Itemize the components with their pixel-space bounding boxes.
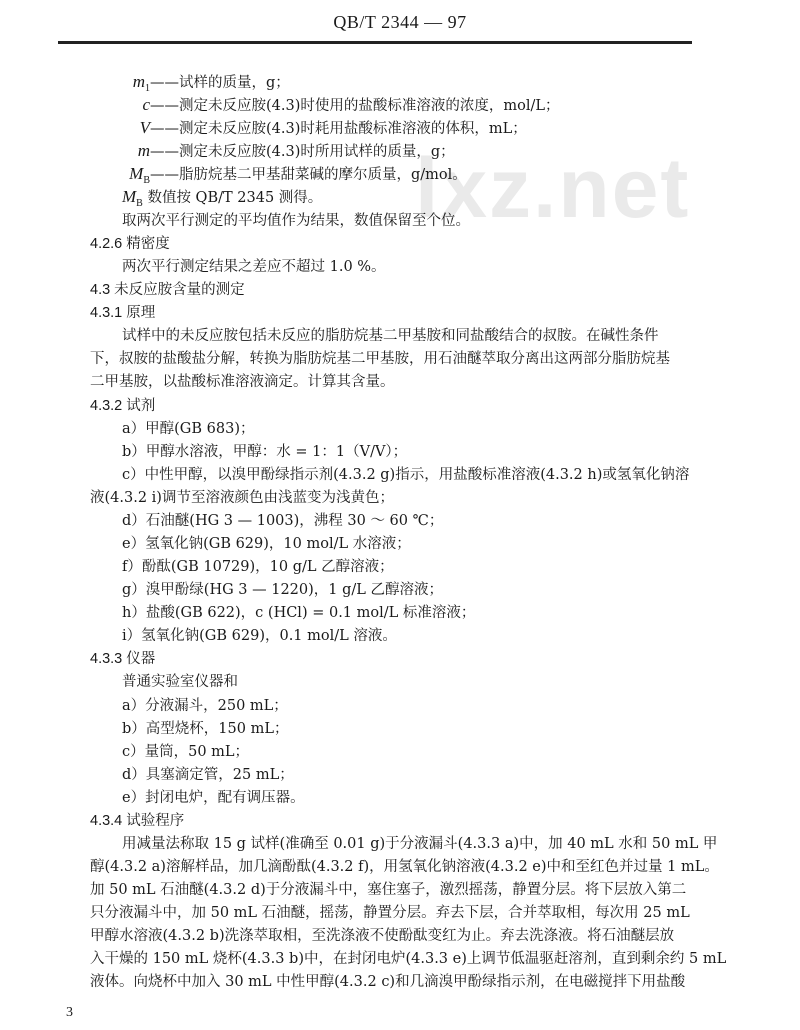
apparatus-item: c）量筒，50 mL；: [122, 742, 249, 762]
apparatus-item: b）高型烧杯，150 mL；: [122, 719, 288, 739]
reagent-item: h）盐酸(GB 622)，c (HCl) = 0.1 mol/L 标准溶液；: [122, 603, 475, 623]
procedure-line: 液体。向烧杯中加入 30 mL 中性甲醇(4.3.2 c)和几滴溴甲酚绿指示剂，…: [90, 972, 685, 992]
reagent-item: f）酚酞(GB 10729)，10 g/L 乙醇溶液；: [122, 557, 394, 577]
apparatus-item: d）具塞滴定管，25 mL；: [122, 765, 294, 785]
section-4-3-3-heading: 4.3.3 仪器: [90, 649, 155, 669]
standard-code-header: QB/T 2344 — 97: [0, 12, 800, 33]
paragraph-line: 试样中的未反应胺包括未反应的脂肪烷基二甲基胺和同盐酸结合的叔胺。在碱性条件: [122, 326, 659, 346]
apparatus-intro: 普通实验室仪器和: [122, 672, 238, 692]
procedure-line: 只分液漏斗中，加 50 mL 石油醚，摇荡，静置分层。弃去下层，合并萃取相，每次…: [90, 903, 690, 923]
reagent-item: g）溴甲酚绿(HG 3 — 1220)，1 g/L 乙醇溶液；: [122, 580, 443, 600]
paragraph-line: 二甲基胺，以盐酸标准溶液滴定。计算其含量。: [90, 372, 395, 392]
mb-note: MB 数值按 QB/T 2345 测得。: [122, 187, 322, 214]
result-note: 取两次平行测定的平均值作为结果，数值保留至个位。: [122, 211, 470, 231]
paragraph-line: 下，叔胺的盐酸盐分解，转换为脂肪烷基二甲基胺，用石油醚萃取分离出这两部分脂肪烷基: [90, 349, 670, 369]
definition-v: V——测定未反应胺(4.3)时耗用盐酸标准溶液的体积，mL；: [128, 118, 527, 139]
section-4-3-heading: 4.3 未反应胺含量的测定: [90, 280, 245, 300]
section-4-2-6-heading: 4.2.6 精密度: [90, 234, 170, 254]
definition-c: c——测定未反应胺(4.3)时使用的盐酸标准溶液的浓度，mol/L；: [128, 95, 560, 116]
definition-m: m——测定未反应胺(4.3)时所用试样的质量，g；: [128, 141, 455, 162]
procedure-line: 醇(4.3.2 a)溶解样品，加几滴酚酞(4.3.2 f)，用氢氧化钠溶液(4.…: [90, 857, 719, 877]
section-4-3-2-heading: 4.3.2 试剂: [90, 396, 155, 416]
section-4-3-1-heading: 4.3.1 原理: [90, 303, 155, 323]
section-4-3-4-heading: 4.3.4 试验程序: [90, 811, 184, 831]
reagent-item: 液(4.3.2 i)调节至溶液颜色由浅蓝变为浅黄色；: [90, 488, 394, 508]
reagent-item: e）氢氧化钠(GB 629)，10 mol/L 水溶液；: [122, 534, 411, 554]
procedure-line: 用减量法称取 15 g 试样(准确至 0.01 g)于分液漏斗(4.3.3 a)…: [122, 834, 717, 854]
page-number: 3: [66, 1005, 73, 1021]
reagent-item: a）甲醇(GB 683)；: [122, 419, 254, 439]
apparatus-item: e）封闭电炉，配有调压器。: [122, 788, 305, 808]
procedure-line: 入干燥的 150 mL 烧杯(4.3.3 b)中，在封闭电炉(4.3.3 e)上…: [90, 949, 726, 969]
procedure-line: 加 50 mL 石油醚(4.3.2 d)于分液漏斗中，塞住塞子，激烈摇荡，静置分…: [90, 880, 686, 900]
reagent-item: b）甲醇水溶液，甲醇：水 = 1：1（V/V）；: [122, 442, 407, 462]
header-rule: [58, 41, 692, 44]
apparatus-item: a）分液漏斗，250 mL；: [122, 696, 288, 716]
reagent-item: c）中性甲醇，以溴甲酚绿指示剂(4.3.2 g)指示，用盐酸标准溶液(4.3.2…: [122, 465, 689, 485]
procedure-line: 甲醇水溶液(4.3.2 b)洗涤萃取相，至洗涤液不使酚酞变红为止。弃去洗涤液。将…: [90, 926, 674, 946]
section-4-2-6-text: 两次平行测定结果之差应不超过 1.0 %。: [122, 257, 386, 277]
reagent-item: d）石油醚(HG 3 — 1003)，沸程 30 ～ 60 ℃；: [122, 511, 443, 531]
reagent-item: i）氢氧化钠(GB 629)，0.1 mol/L 溶液。: [122, 626, 397, 646]
